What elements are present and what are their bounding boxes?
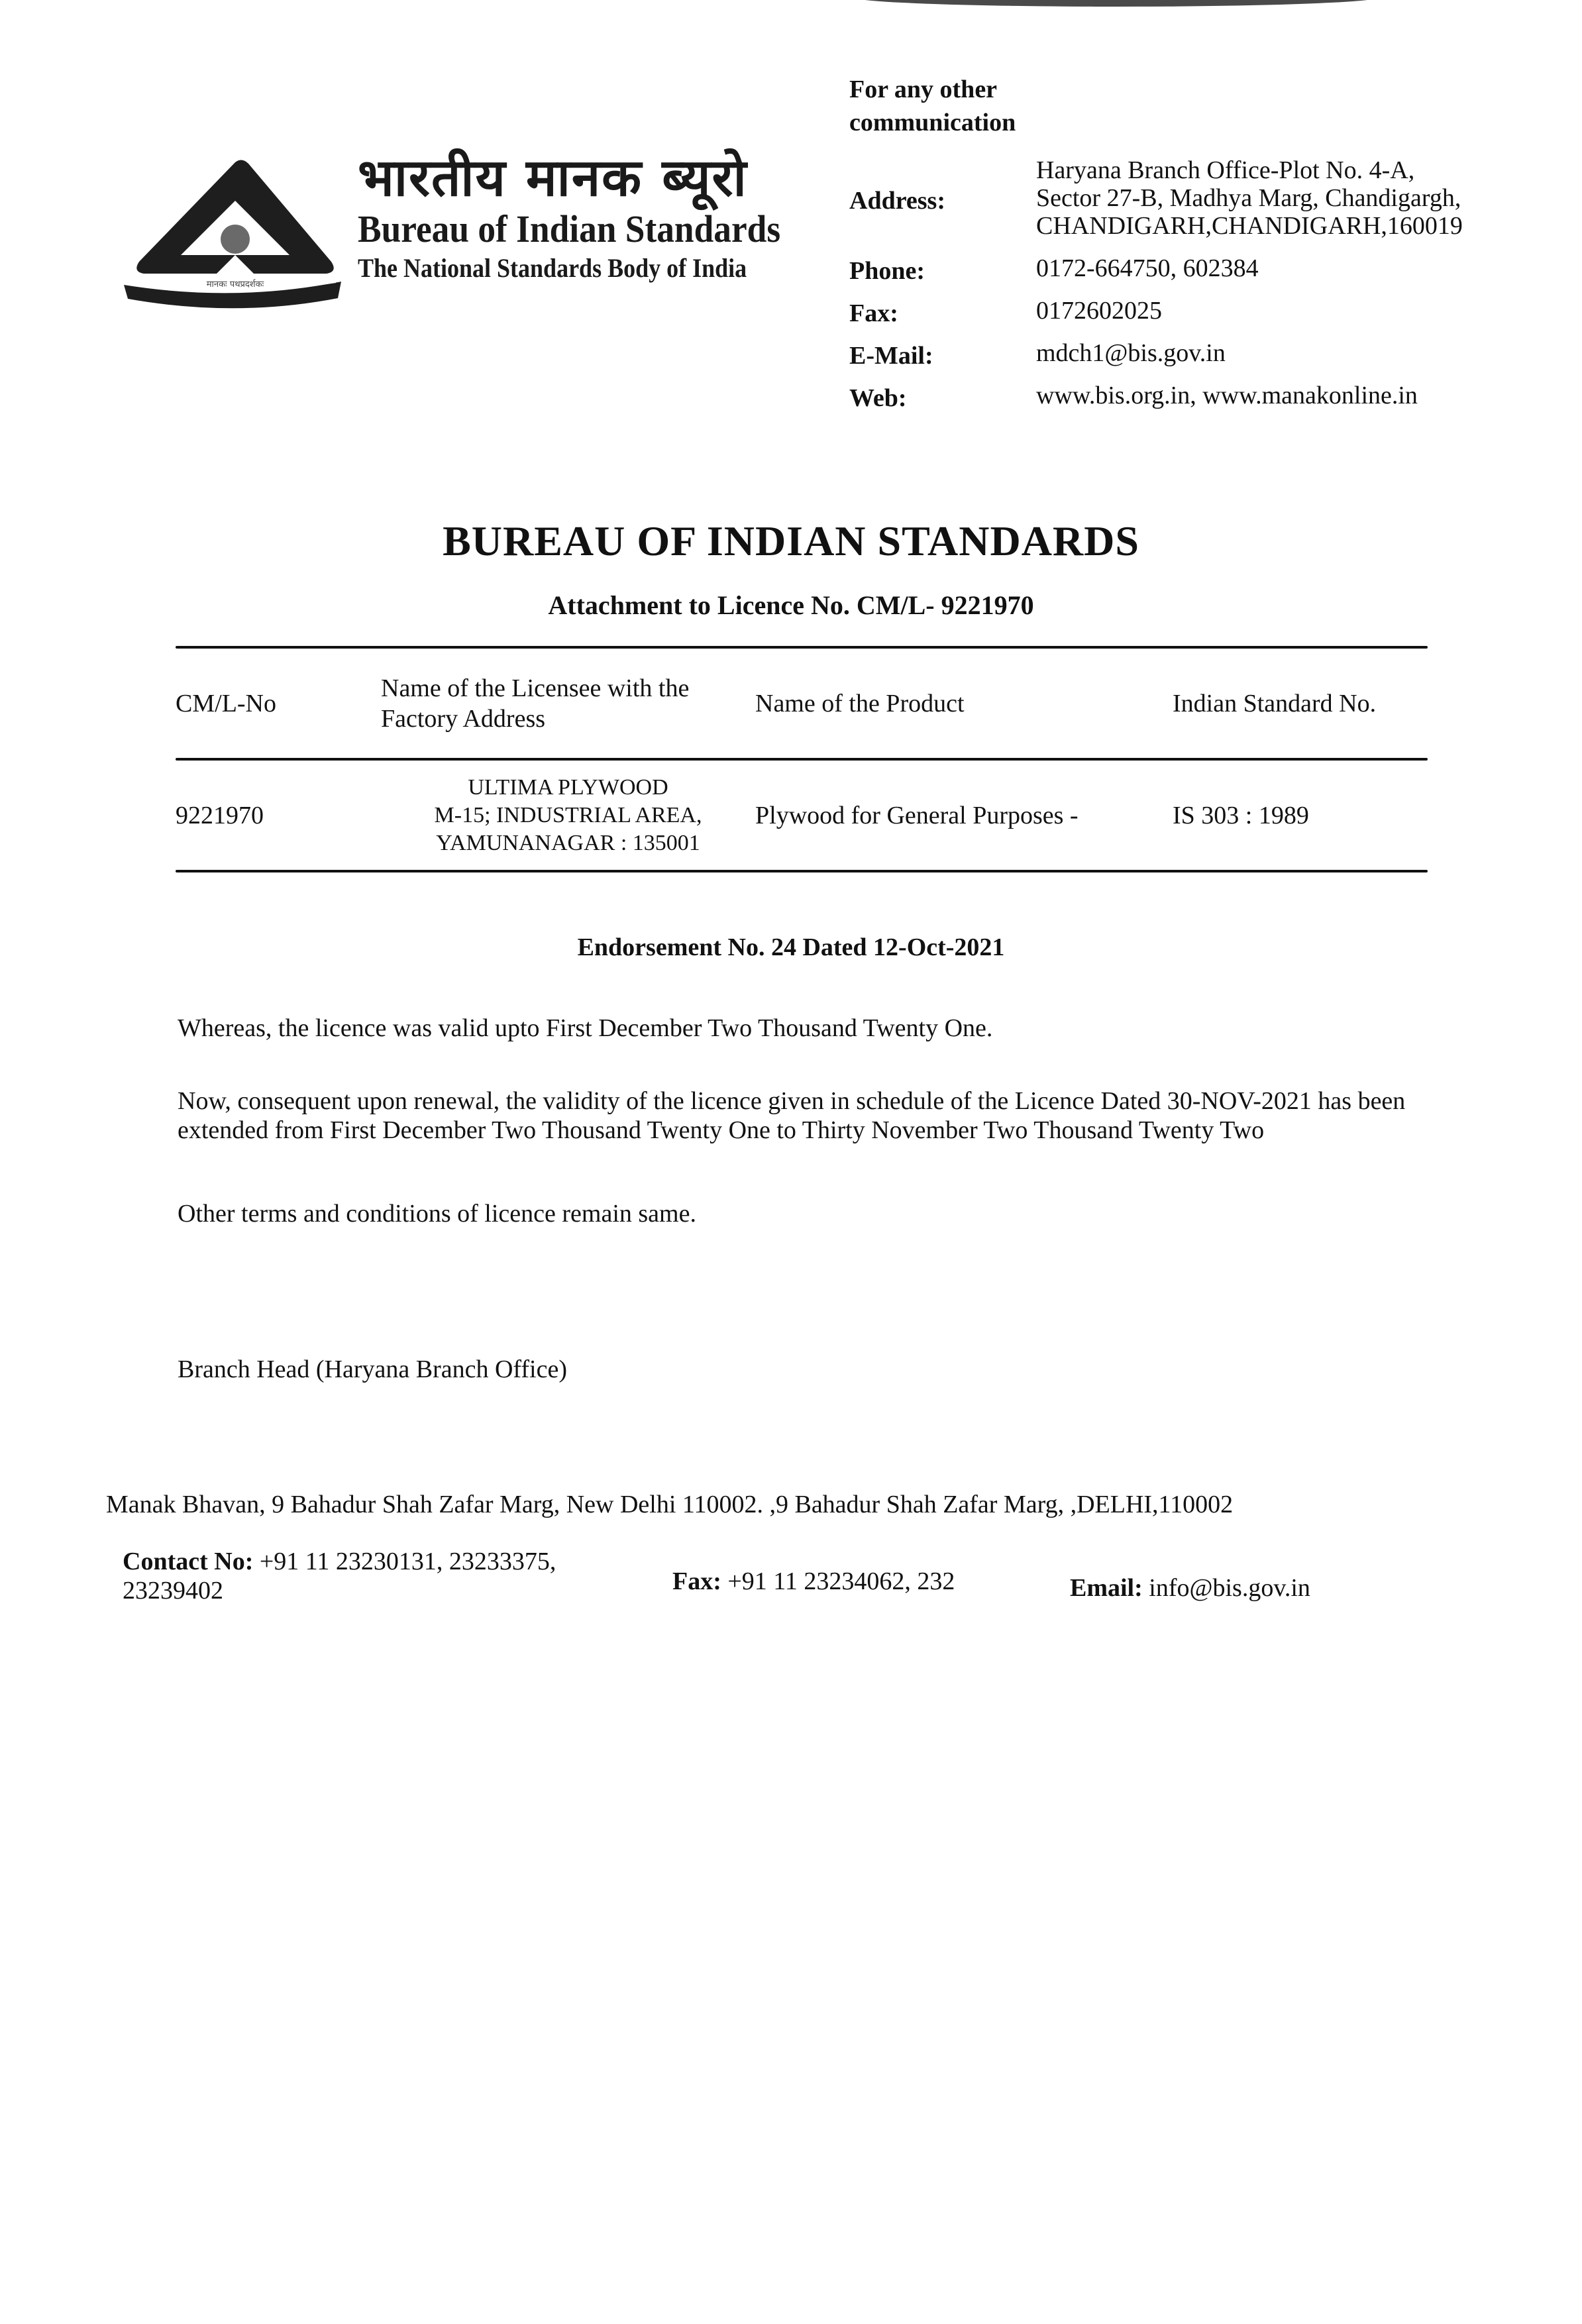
- column-header-standard: Indian Standard No.: [1173, 688, 1428, 719]
- column-header-cml-no: CM/L-No: [176, 688, 381, 719]
- bis-logo: मानकः पथप्रदर्शकः: [116, 149, 354, 315]
- paragraph-terms: Other terms and conditions of licence re…: [178, 1199, 1410, 1228]
- email-link[interactable]: mdch1@bis.gov.in: [1036, 339, 1226, 367]
- brand-name-english: Bureau of Indian Standards: [358, 207, 796, 251]
- contact-heading: For any other communication: [849, 73, 1048, 139]
- cell-licensee: ULTIMA PLYWOOD M-15; INDUSTRIAL AREA, YA…: [381, 774, 755, 857]
- web-links[interactable]: www.bis.org.in, www.manakonline.in: [1036, 382, 1418, 409]
- bis-triangle-logo-icon: मानकः पथप्रदर्शकः: [116, 149, 354, 315]
- table-rule-bottom: [176, 870, 1428, 872]
- footer-email-label: Email:: [1070, 1574, 1143, 1602]
- scan-artifact: [855, 0, 1378, 7]
- phone-value: 0172-664750, 602384: [1036, 254, 1259, 282]
- address-label: Address:: [849, 156, 1036, 217]
- cell-cml-no: 9221970: [176, 800, 381, 831]
- email-label: E-Mail:: [849, 339, 1036, 372]
- cell-standard: IS 303 : 1989: [1173, 800, 1428, 831]
- column-header-licensee: Name of the Licensee with the Factory Ad…: [381, 673, 755, 734]
- document-page: मानकः पथप्रदर्शकः भारतीय मानक ब्यूरो Bur…: [0, 0, 1582, 2324]
- contact-block: For any other communication Address: Har…: [849, 73, 1552, 415]
- endorsement-title: Endorsement No. 24 Dated 12-Oct-2021: [0, 933, 1582, 962]
- brand-block: भारतीय मानक ब्यूरो Bureau of Indian Stan…: [358, 149, 835, 286]
- column-header-product: Name of the Product: [755, 688, 1173, 719]
- brand-name-hindi: भारतीय मानक ब्यूरो: [358, 149, 835, 207]
- document-title: BUREAU OF INDIAN STANDARDS: [0, 517, 1582, 566]
- contact-fax-row: Fax: 0172602025: [849, 297, 1552, 330]
- footer-email: Email: info@bis.gov.in: [1070, 1573, 1310, 1603]
- fax-label: Fax:: [849, 297, 1036, 330]
- footer-fax-label: Fax:: [672, 1567, 721, 1595]
- footer-address: Manak Bhavan, 9 Bahadur Shah Zafar Marg,…: [106, 1489, 1233, 1520]
- footer-fax-value: +91 11 23234062, 232: [721, 1567, 955, 1595]
- document-subtitle: Attachment to Licence No. CM/L- 9221970: [0, 590, 1582, 621]
- brand-tagline: The National Standards Body of India: [358, 251, 787, 286]
- svg-text:मानकः पथप्रदर्शकः: मानकः पथप्रदर्शकः: [207, 279, 264, 290]
- paragraph-renewal: Now, consequent upon renewal, the validi…: [178, 1086, 1410, 1145]
- address-value: Haryana Branch Office-Plot No. 4-A, Sect…: [1036, 156, 1463, 240]
- table-row: 9221970 ULTIMA PLYWOOD M-15; INDUSTRIAL …: [176, 761, 1428, 870]
- footer-contact-number: Contact No: +91 11 23230131, 23233375, 2…: [123, 1547, 600, 1605]
- contact-web-row: Web: www.bis.org.in, www.manakonline.in: [849, 382, 1552, 415]
- contact-email-row: E-Mail: mdch1@bis.gov.in: [849, 339, 1552, 372]
- phone-label: Phone:: [849, 254, 1036, 288]
- footer-fax: Fax: +91 11 23234062, 232: [672, 1567, 955, 1596]
- fax-value: 0172602025: [1036, 297, 1162, 325]
- table-header-row: CM/L-No Name of the Licensee with the Fa…: [176, 649, 1428, 758]
- licence-table: CM/L-No Name of the Licensee with the Fa…: [176, 646, 1428, 872]
- cell-product: Plywood for General Purposes -: [755, 800, 1173, 831]
- paragraph-validity: Whereas, the licence was valid upto Firs…: [178, 1014, 1410, 1043]
- contact-phone-row: Phone: 0172-664750, 602384: [849, 254, 1552, 288]
- footer-email-link[interactable]: info@bis.gov.in: [1143, 1574, 1310, 1602]
- footer-contact-label: Contact No:: [123, 1548, 253, 1575]
- contact-address-row: Address: Haryana Branch Office-Plot No. …: [849, 156, 1552, 240]
- web-label: Web:: [849, 382, 1036, 415]
- signatory: Branch Head (Haryana Branch Office): [178, 1355, 1410, 1384]
